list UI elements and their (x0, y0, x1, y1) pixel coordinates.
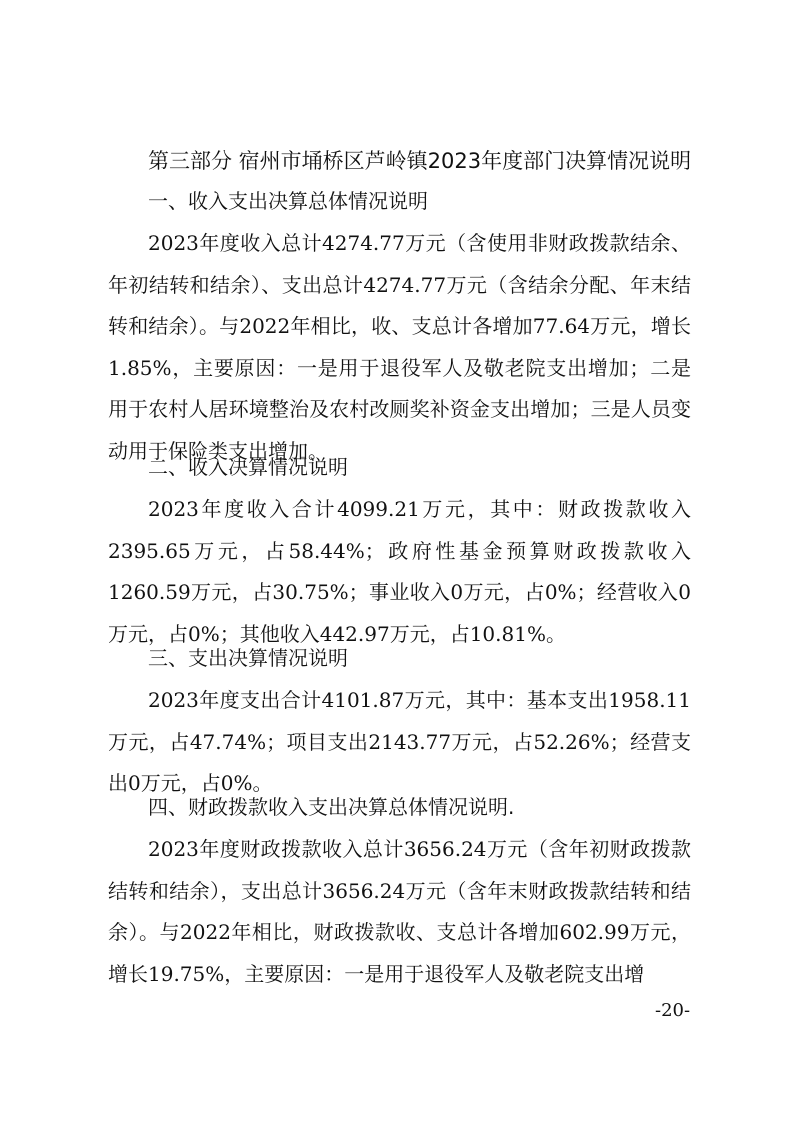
section-paragraph-1: 2023年度收入总计4274.77万元（含使用非财政拨款结余、年初结转和结余）、… (108, 223, 691, 472)
section-heading-3: 三、支出决算情况说明 (148, 643, 348, 673)
section-paragraph-2: 2023年度收入合计4099.21万元，其中：财政拨款收入2395.65万元，占… (108, 489, 691, 655)
section-paragraph-4: 2023年度财政拨款收入总计3656.24万元（含年初财政拨款结转和结余），支出… (108, 829, 691, 995)
section-heading-2: 二、收入决算情况说明 (148, 452, 348, 482)
section-heading-4: 四、财政拨款收入支出决算总体情况说明. (148, 792, 514, 822)
document-page: 第三部分 宿州市埇桥区芦岭镇2023年度部门决算情况说明 一、收入支出决算总体情… (0, 0, 793, 1122)
document-title: 第三部分 宿州市埇桥区芦岭镇2023年度部门决算情况说明 (148, 146, 691, 176)
page-number: -20- (655, 1000, 690, 1021)
section-heading-1: 一、收入支出决算总体情况说明 (148, 186, 428, 216)
section-paragraph-3: 2023年度支出合计4101.87万元，其中：基本支出1958.11万元，占47… (108, 680, 691, 805)
